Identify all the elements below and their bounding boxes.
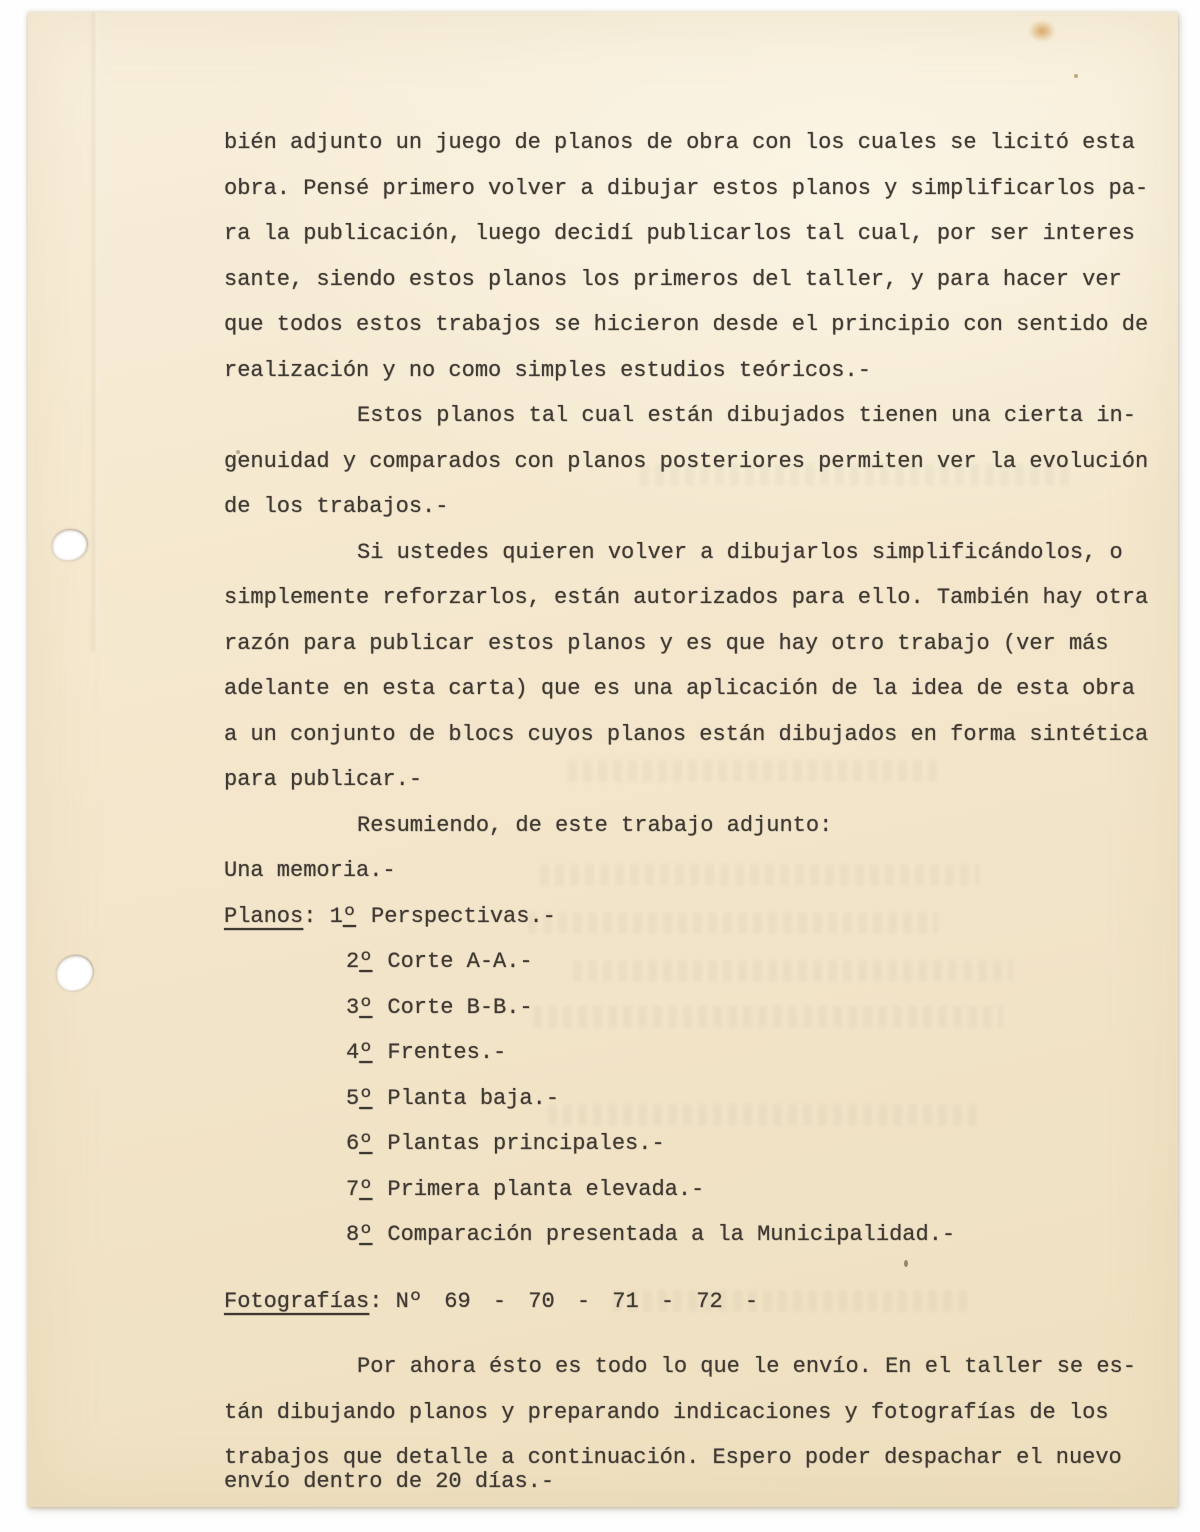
item-number: 7 [346,1177,359,1202]
text-line: sante, siendo estos planos los primeros … [224,257,1174,303]
punch-hole-top [52,529,88,561]
planos-header-line: Planos: 1ºPerspectivas.- [224,894,1174,940]
text-line: para publicar.- [224,757,1174,803]
ordinal-mark: º [343,904,356,929]
ordinal-mark: º [359,1131,372,1156]
planos-list-item: 4ºFrentes.- [224,1030,1174,1076]
ordinal-mark: º [359,1177,372,1202]
planos-list-item: 8ºComparación presentada a la Municipali… [224,1212,1174,1258]
item-number: 5 [346,1086,359,1111]
fotografias-colon: : [369,1289,382,1314]
item-text: Plantas principales.- [387,1131,664,1156]
scan-background: { "page": { "background_color": "#fefefe… [0,0,1200,1532]
paper-fold-line [90,12,100,652]
text-line: que todos estos trabajos se hicieron des… [224,302,1174,348]
text-line: Estos planos tal cual están dibujados ti… [224,393,1174,439]
letter-text-body: bién adjunto un juego de planos de obra … [224,120,1174,1504]
item-number: 4 [346,1040,359,1065]
item-text: Corte B-B.- [387,995,532,1020]
planos-list-item: 6ºPlantas principales.- [224,1121,1174,1167]
planos-list-item: 2ºCorte A-A.- [224,939,1174,985]
item-number: 1 [330,904,343,929]
text-line: bién adjunto un juego de planos de obra … [224,120,1174,166]
item-number: 8 [346,1222,359,1247]
item-number: 2 [346,949,359,974]
ordinal-mark: º [359,1086,372,1111]
planos-list-item: 3ºCorte B-B.- [224,985,1174,1031]
letter-paper: bién adjunto un juego de planos de obra … [28,12,1178,1507]
text-line: Si ustedes quieren volver a dibujarlos s… [224,530,1174,576]
text-line: realización y no como simples estudios t… [224,348,1174,394]
rust-stain [1028,20,1056,42]
text-line: razón para publicar estos planos y es qu… [224,621,1174,667]
ordinal-mark: º [359,1222,372,1247]
text-line: adelante en esta carta) que es una aplic… [224,666,1174,712]
punch-hole-bottom [54,953,97,994]
fotografias-line: Fotografías: Nº 69 - 70 - 71 - 72 - [224,1279,1174,1325]
text-line: de los trabajos.- [224,484,1174,530]
ordinal-mark: º [359,949,372,974]
text-line: simplemente reforzarlos, están autorizad… [224,575,1174,621]
text-line: obra. Pensé primero volver a dibujar est… [224,166,1174,212]
item-text: Primera planta elevada.- [387,1177,704,1202]
item-text: Frentes.- [387,1040,506,1065]
ordinal-mark: º [359,1040,372,1065]
memoria-line: Una memoria.- [224,848,1174,894]
summary-intro-line: Resumiendo, de este trabajo adjunto: [224,803,1174,849]
planos-list-item: 7ºPrimera planta elevada.- [224,1167,1174,1213]
item-number: 6 [346,1131,359,1156]
item-text: Perspectivas.- [371,904,556,929]
planos-colon: : [303,904,316,929]
paper-speck [1074,74,1078,78]
planos-label: Planos [224,904,303,929]
planos-list-item: 5ºPlanta baja.- [224,1076,1174,1122]
ordinal-mark: º [359,995,372,1020]
fotografias-label: Fotografías [224,1289,369,1314]
text-line: ra la publicación, luego decidí publicar… [224,211,1174,257]
photo-numbers: Nº 69 - 70 - 71 - 72 - [396,1289,758,1314]
item-text: Comparación presentada a la Municipalida… [387,1222,955,1247]
text-line: Por ahora ésto es todo lo que le envío. … [224,1344,1174,1390]
text-line: a un conjunto de blocs cuyos planos está… [224,712,1174,758]
item-text: Planta baja.- [387,1086,559,1111]
text-line: tán dibujando planos y preparando indica… [224,1390,1174,1436]
text-line: genuidad y comparados con planos posteri… [224,439,1174,485]
item-number: 3 [346,995,359,1020]
item-text: Corte A-A.- [387,949,532,974]
